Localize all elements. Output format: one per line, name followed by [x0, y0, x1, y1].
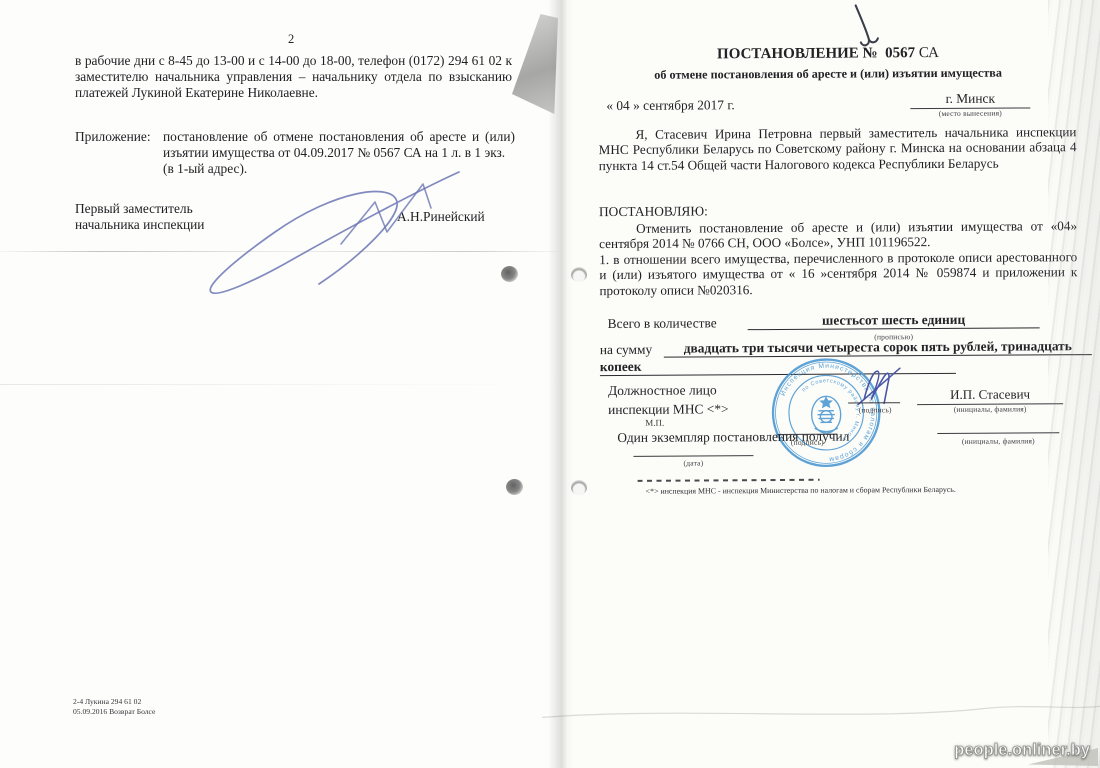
issue-place-caption: (место вынесения) — [910, 108, 1030, 118]
crumpled-edge — [1048, 0, 1100, 768]
document-subtitle: об отмене постановления об аресте и (или… — [588, 65, 1068, 83]
watermark: people.onliner.by — [954, 741, 1090, 760]
resolve-heading: ПОСТАНОВЛЯЮ: — [599, 203, 708, 220]
copy-sign-caption: (подпись) — [774, 438, 840, 447]
punch-hole-icon — [571, 267, 587, 282]
issue-place: г. Минск — [910, 90, 1030, 109]
amount-label: на сумму — [600, 342, 664, 358]
title-series: СА — [919, 45, 939, 61]
official-name: И.П. Стасевич — [917, 386, 1063, 405]
resolve-paragraph: Отменить постановление об аресте и (или)… — [599, 218, 1077, 252]
page-seam-shadow — [548, 0, 574, 768]
mp-label: М.П. — [645, 418, 664, 428]
official-sign-line — [848, 391, 900, 403]
date-line — [633, 443, 753, 457]
attachment-text: постановление об отмене постановления об… — [163, 129, 515, 161]
signoff-title: Первый заместитель начальника инспекции — [75, 201, 204, 233]
punch-hole-icon — [506, 479, 523, 495]
working-hours-paragraph: в рабочие дни с 8-45 до 13-00 и с 14-00 … — [75, 53, 512, 101]
attachment-label: Приложение: — [75, 129, 163, 177]
left-page: 2 в рабочие дни с 8-45 до 13-00 и с 14-0… — [0, 0, 560, 768]
footer-line2: 05.09.2016 Возврат Болсе — [73, 707, 155, 717]
title-label: ПОСТАНОВЛЕНИЕ № — [717, 45, 878, 62]
right-page: ПОСТАНОВЛЕНИЕ № 0567 СА об отмене постан… — [560, 0, 1100, 768]
item1-paragraph: 1. в отношении всего имущества, перечисл… — [599, 249, 1077, 298]
footnote: <*> инспекция МНС - инспекция Министерст… — [646, 484, 1076, 496]
official-name-caption: (инициалы, фамилия) — [917, 404, 1063, 414]
punch-hole-icon — [571, 480, 587, 495]
copy-name-caption: (инициалы, фамилия) — [937, 436, 1059, 446]
official-label: Должностное лицо инспекции МНС <*> — [608, 380, 729, 419]
issue-date: « 04 » сентября 2017 г. — [606, 97, 734, 114]
punch-hole-icon — [501, 266, 518, 282]
footnote-separator — [638, 479, 820, 482]
date-caption: (дата) — [633, 458, 753, 468]
official-name-block: И.П. Стасевич (инициалы, фамилия) — [917, 386, 1063, 414]
left-signature-icon — [195, 158, 475, 308]
fold-crease — [0, 251, 558, 252]
copy-sign-line — [777, 422, 837, 435]
document-title: ПОСТАНОВЛЕНИЕ № 0567 СА — [588, 44, 1068, 64]
footer-note: 2-4 Лукина 294 61 02 05.09.2016 Возврат … — [73, 697, 155, 717]
scanned-document: 2 в рабочие дни с 8-45 до 13-00 и с 14-0… — [0, 0, 1100, 768]
official-sign-caption: (подпись) — [846, 405, 904, 414]
page-number: 2 — [288, 32, 294, 47]
intro-paragraph: Я, Стасевич Ирина Петровна первый замест… — [598, 124, 1076, 173]
issue-place-block: г. Минск (место вынесения) — [910, 90, 1030, 118]
bottom-wrinkle — [542, 696, 1100, 729]
quantity-label: Всего в количестве — [608, 315, 717, 332]
fold-crease — [0, 384, 548, 385]
copy-name-line — [937, 420, 1059, 434]
title-number: 0567 — [885, 45, 915, 61]
quantity-value: шестьсот шесть единиц — [748, 311, 1040, 330]
footer-line1: 2-4 Лукина 294 61 02 — [73, 697, 155, 707]
pen-checkmark-icon — [848, 1, 884, 49]
